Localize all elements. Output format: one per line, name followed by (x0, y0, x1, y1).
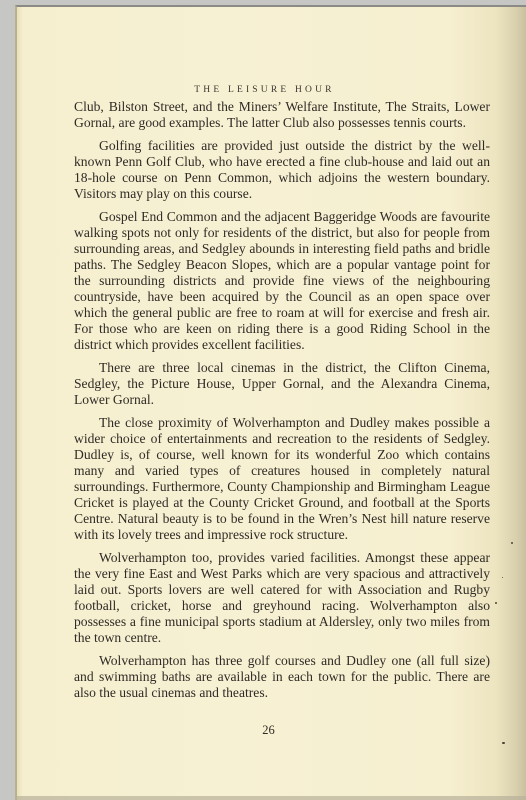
paper-speck (502, 742, 505, 744)
paragraph-cinemas: There are three local cinemas in the dis… (74, 360, 490, 408)
paragraph-wolverhampton-facilities: Wolverhampton too, provides varied facil… (74, 550, 490, 645)
paper-speck (502, 577, 503, 578)
running-head: THE LEISURE HOUR (9, 85, 520, 95)
paragraph-wolverhampton-dudley: The close proximity of Wolverhampton and… (74, 415, 490, 542)
paper-speck (495, 602, 497, 604)
paper-speck (511, 542, 513, 544)
paragraph-walking-spots: Gospel End Common and the adjacent Bagge… (74, 209, 490, 352)
paragraph-golf-and-baths: Wolverhampton has three golf courses and… (74, 653, 490, 701)
body-text: Club, Bilston Street, and the Miners’ We… (74, 99, 490, 708)
paragraph-club-continued: Club, Bilston Street, and the Miners’ We… (74, 99, 490, 131)
paragraph-golfing: Golfing facilities are provided just out… (74, 138, 490, 202)
page-number: 26 (13, 723, 524, 738)
paper-page: THE LEISURE HOUR Club, Bilston Street, a… (15, 5, 526, 800)
scanned-book-page: THE LEISURE HOUR Club, Bilston Street, a… (0, 0, 526, 800)
